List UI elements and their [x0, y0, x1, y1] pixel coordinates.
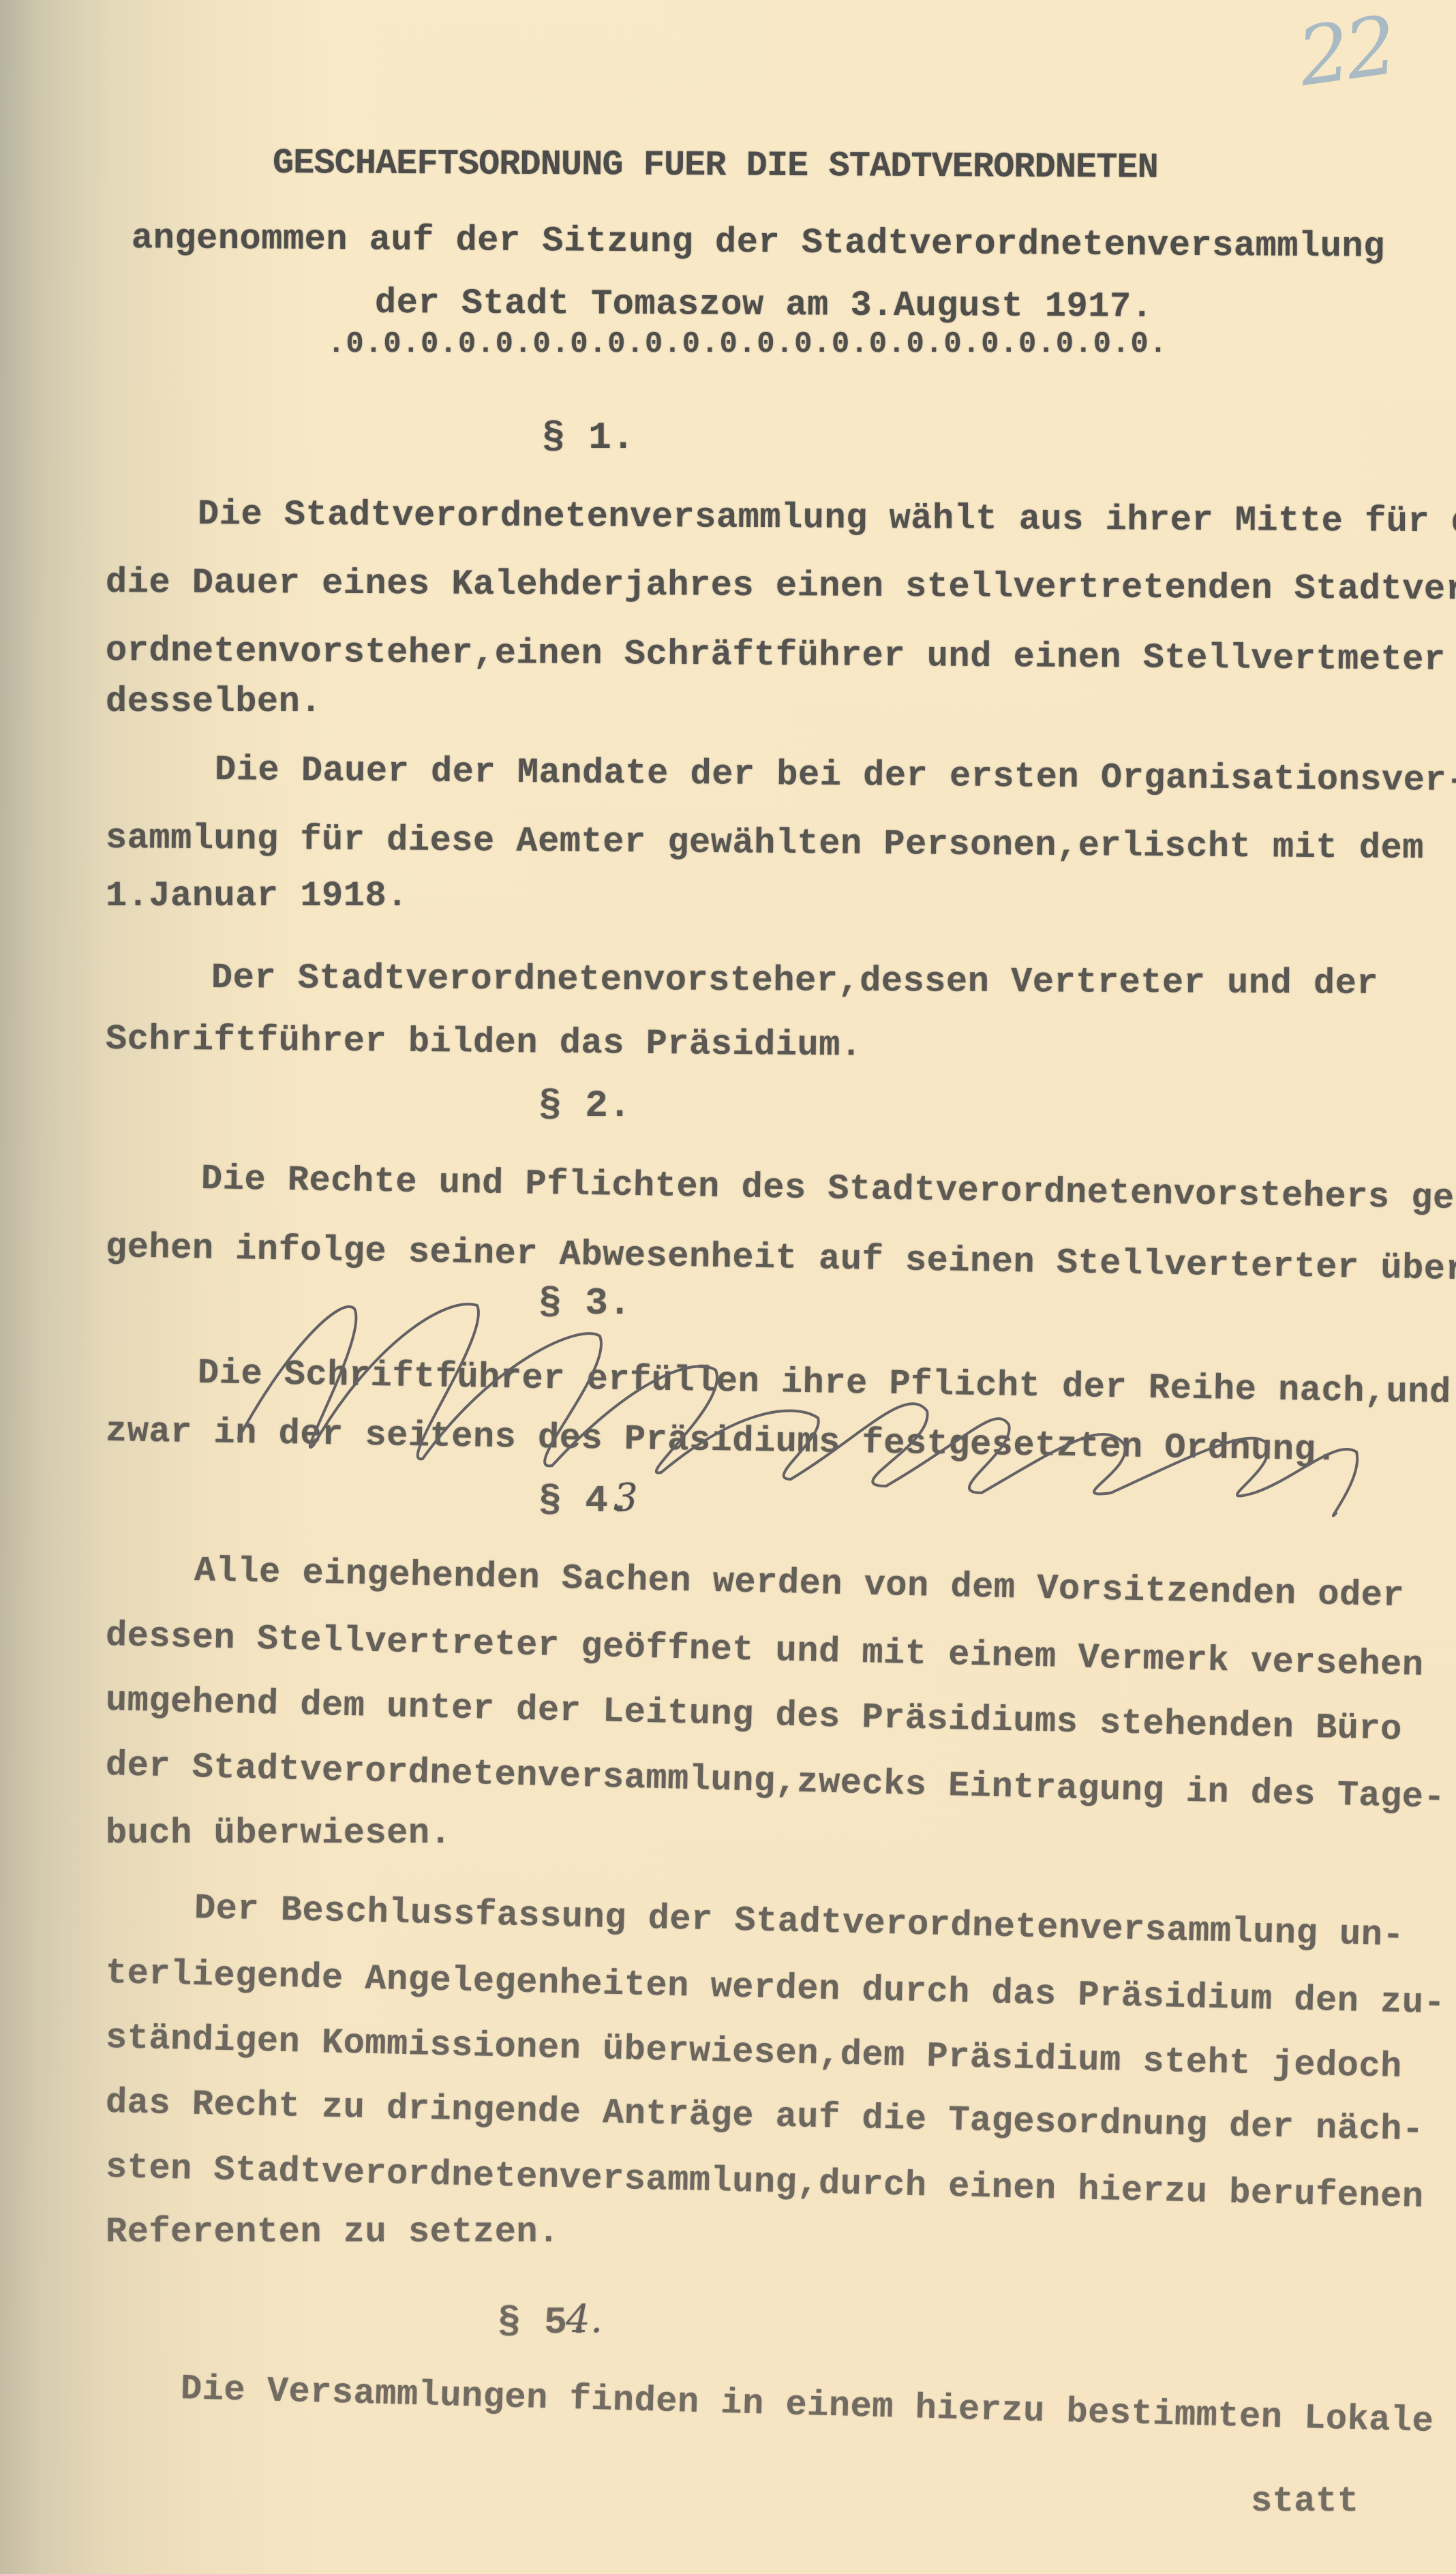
section-3-line: zwar in der seitens des Präsidiums festg… [106, 1411, 1338, 1470]
handwritten-section-correction: 3 [613, 1476, 638, 1520]
section-5-line: Die Versammlungen finden in einem hierzu… [180, 2369, 1434, 2442]
section-1-line: Schriftführer bilden das Präsidium. [106, 1019, 862, 1066]
section-5-line: statt [1251, 2481, 1359, 2522]
subtitle-line-1: angenommen auf der Sitzung der Stadtvero… [132, 218, 1385, 267]
section-3-line: Die Schriftführer erfüllen ihre Pflicht … [198, 1353, 1452, 1413]
section-1-line: desselben. [106, 682, 322, 722]
section-1-line: sammlung für diese Aemter gewählten Pers… [106, 818, 1424, 868]
document-title: GESCHAEFTSORDNUNG FUER DIE STADTVERORDNE… [273, 143, 1158, 188]
section-1-line: Der Stadtverordnetenvorsteher,dessen Ver… [211, 958, 1378, 1004]
section-4-line: terliegende Angelegenheiten werden durch… [105, 1953, 1446, 2024]
section-4-line: der Stadtverordnetenversammlung,zwecks E… [105, 1745, 1446, 1818]
page-number: 22 [1292, 0, 1399, 104]
separator-line: .0.0.0.0.0.0.0.0.0.0.0.0.0.0.0.0.0.0.0.0… [327, 327, 1168, 361]
section-4-line: das Recht zu dringende Anträge auf die T… [105, 2083, 1424, 2150]
section-1-line: 1.Januar 1918. [106, 876, 408, 916]
section-4-line: dessen Stellvertreter geöffnet und mit e… [105, 1616, 1424, 1686]
section-4-line: buch überwiesen. [106, 1813, 451, 1853]
section-4-line: umgehend dem unter der Leitung des Präsi… [105, 1680, 1402, 1750]
section-4-line: sten Stadtverordnetenversammlung,durch e… [105, 2147, 1424, 2217]
section-4-line: Alle eingehenden Sachen werden von dem V… [194, 1551, 1404, 1616]
document-page: 22 GESCHAEFTSORDNUNG FUER DIE STADTVEROR… [0, 0, 1456, 2574]
section-1-line: Die Dauer der Mandate der bei der ersten… [215, 750, 1456, 801]
handwritten-section-correction: 4. [566, 2297, 603, 2342]
section-2-line: gehen infolge seiner Abwesenheit auf sei… [106, 1227, 1456, 1290]
section-1-line: ordnetenvorsteher,einen Schräftführer un… [106, 631, 1446, 680]
section-1-mark: § 1. [542, 416, 635, 459]
section-2-mark: § 2. [539, 1084, 631, 1127]
section-4-line: Referenten zu setzen. [106, 2212, 560, 2252]
section-2-line: Die Rechte und Pflichten des Stadtverord… [201, 1159, 1456, 1219]
section-1-line: Die Stadtverordnetenversammlung wählt au… [198, 494, 1456, 542]
section-4-line: ständigen Kommissionen überwiesen,dem Pr… [105, 2018, 1402, 2087]
section-1-line: die Dauer eines Kalehderjahres einen ste… [106, 562, 1456, 610]
section-3-mark: § 3. [539, 1282, 631, 1325]
subtitle-line-2: der Stadt Tomaszow am 3.August 1917. [375, 283, 1153, 327]
section-4-line: Der Beschlussfassung der Stadtverordnete… [194, 1888, 1404, 1956]
